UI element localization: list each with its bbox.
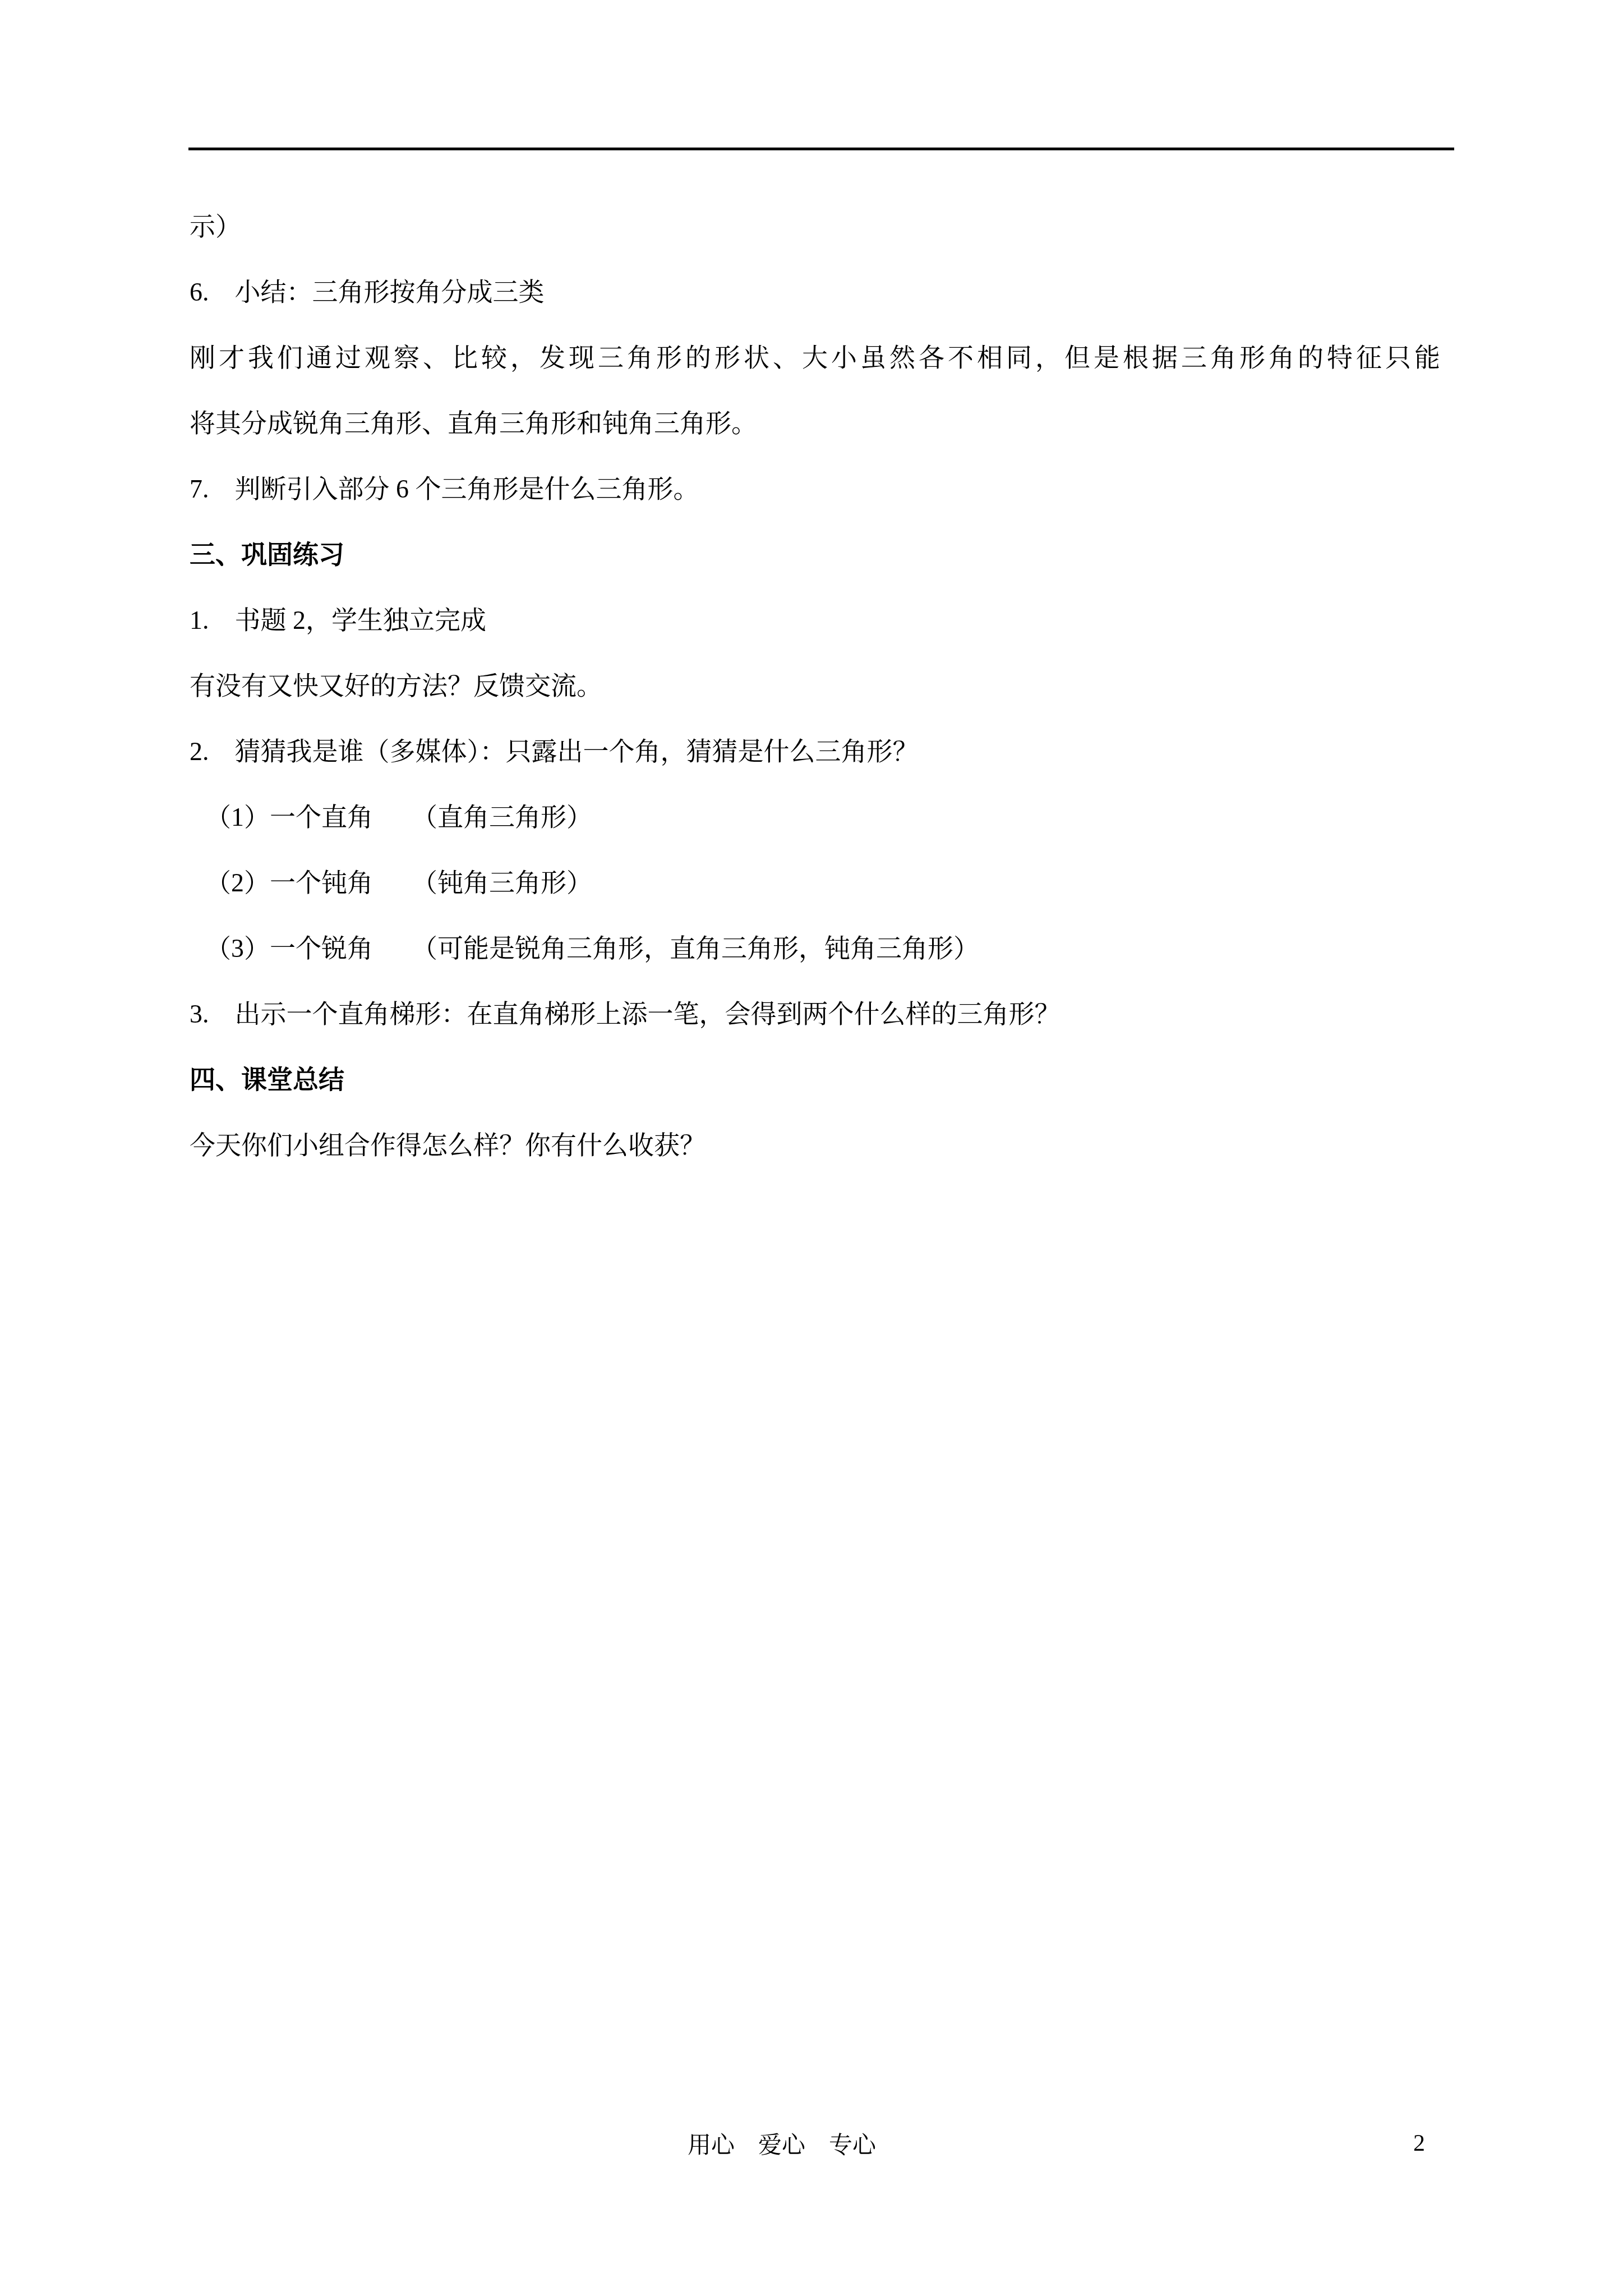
line-sub-item-3-acute-angle: （3）一个锐角 （可能是锐角三角形，直角三角形，钝角三角形） xyxy=(190,915,1456,981)
line-item-3-trapezoid: 3. 出示一个直角梯形：在直角梯形上添一笔，会得到两个什么样的三角形？ xyxy=(190,981,1456,1047)
line-item-1-bookwork: 1. 书题 2，学生独立完成 xyxy=(190,587,1456,653)
line-paragraph-observation-cont: 将其分成锐角三角形、直角三角形和钝角三角形。 xyxy=(190,390,1456,456)
header-rule xyxy=(188,148,1454,150)
line-paragraph-feedback: 有没有又快又好的方法？反馈交流。 xyxy=(190,653,1456,719)
line-continuation-shi: 示） xyxy=(190,194,1456,259)
line-item-6-summary: 6. 小结：三角形按角分成三类 xyxy=(190,259,1456,325)
line-paragraph-class-summary: 今天你们小组合作得怎么样？你有什么收获？ xyxy=(190,1112,1456,1178)
line-paragraph-observation: 刚才我们通过观察、比较，发现三角形的形状、大小虽然各不相同，但是根据三角形角的特… xyxy=(190,325,1456,390)
heading-section-3-practice: 三、巩固练习 xyxy=(190,522,1456,587)
line-item-2-guess: 2. 猜猜我是谁（多媒体）：只露出一个角，猜猜是什么三角形？ xyxy=(190,719,1456,784)
document-page: 示） 6. 小结：三角形按角分成三类 刚才我们通过观察、比较，发现三角形的形状、… xyxy=(0,0,1623,2296)
line-item-7-judge: 7. 判断引入部分 6 个三角形是什么三角形。 xyxy=(190,456,1456,522)
line-sub-item-2-obtuse-angle: （2）一个钝角 （钝角三角形） xyxy=(190,850,1456,915)
page-number: 2 xyxy=(1413,2129,1425,2157)
document-body: 示） 6. 小结：三角形按角分成三类 刚才我们通过观察、比较，发现三角形的形状、… xyxy=(190,194,1456,1178)
line-sub-item-1-right-angle: （1）一个直角 （直角三角形） xyxy=(190,784,1456,850)
heading-section-4-summary: 四、课堂总结 xyxy=(190,1047,1456,1112)
footer-motto: 用心 爱心 专心 xyxy=(688,2132,876,2160)
